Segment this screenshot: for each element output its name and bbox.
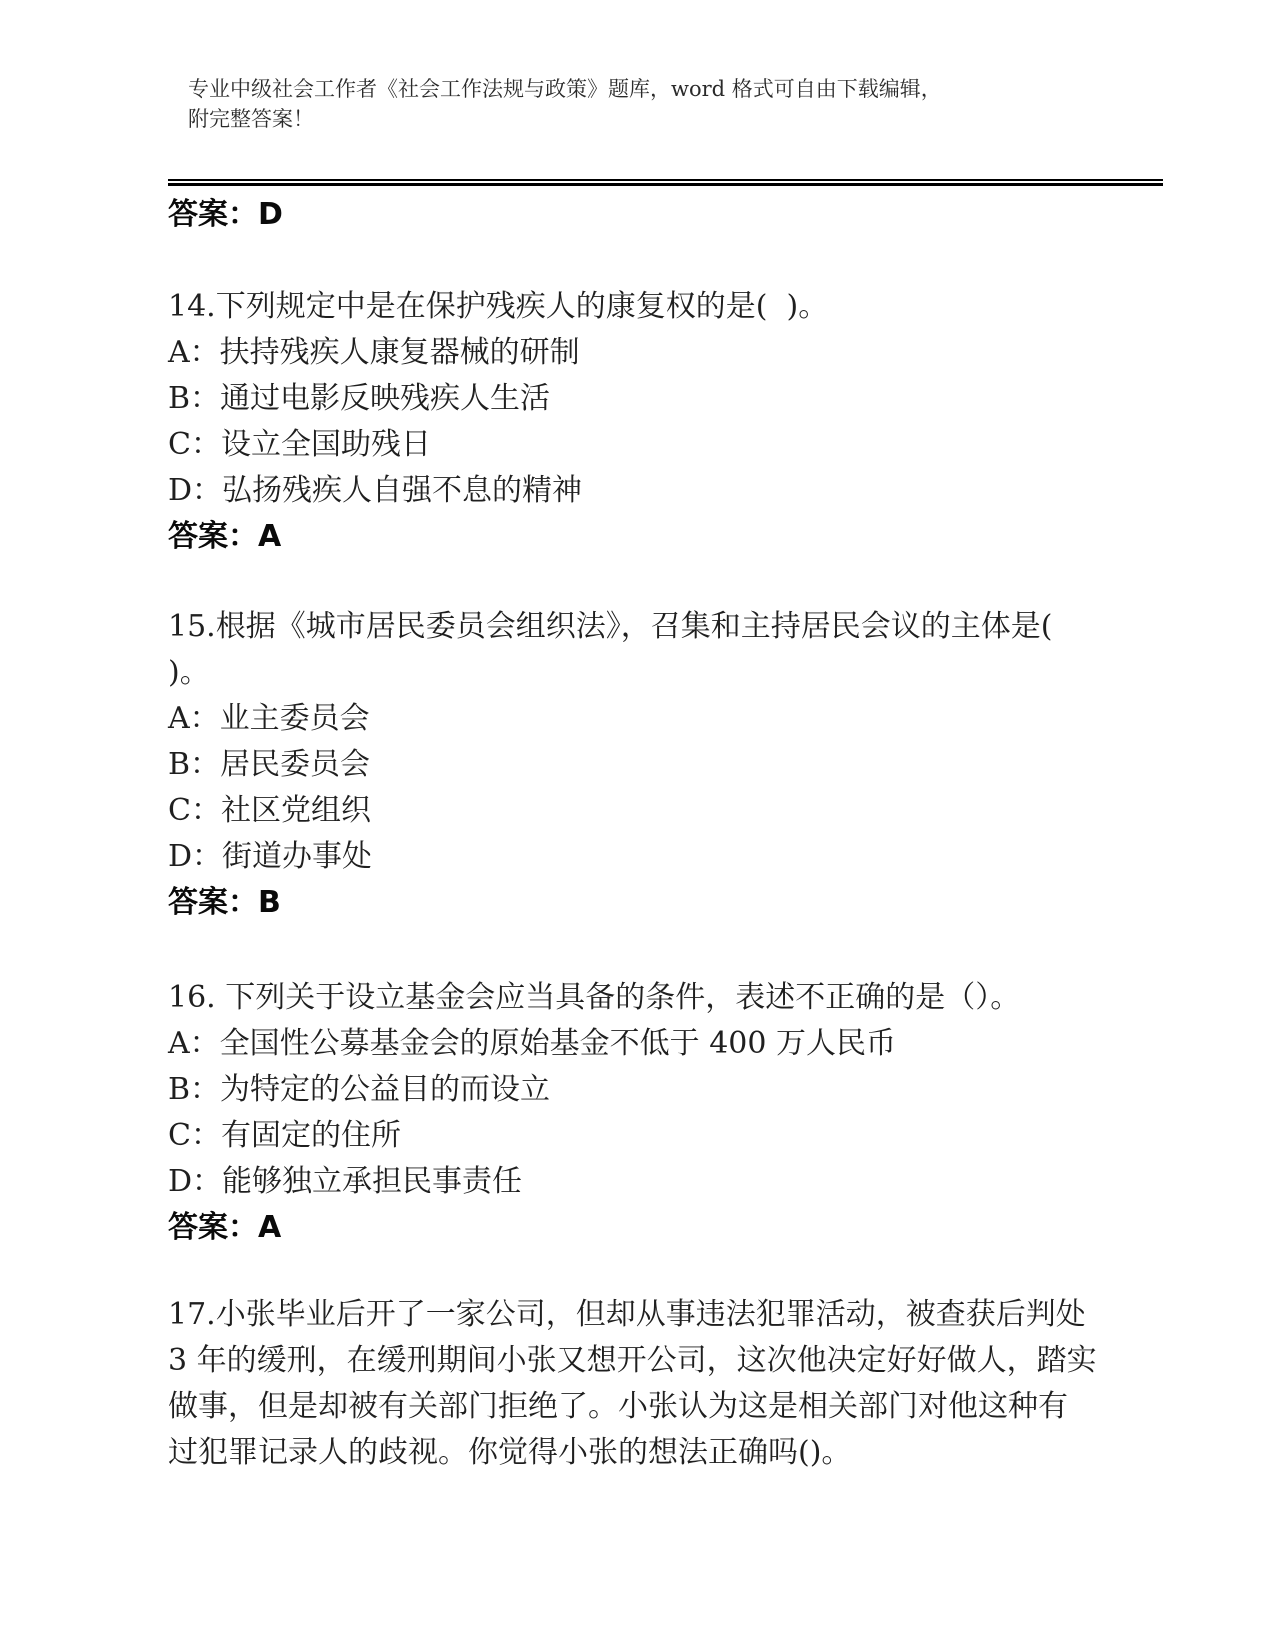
question-14-option-b: B：通过电影反映残疾人生活 (168, 376, 1208, 422)
question-14-stem: 14.下列规定中是在保护残疾人的康复权的是( )。 (168, 284, 1208, 330)
question-14: 14.下列规定中是在保护残疾人的康复权的是( )。 A：扶持残疾人康复器械的研制… (168, 284, 1208, 560)
document-page: 专业中级社会工作者《社会工作法规与政策》题库，word 格式可自由下载编辑， 附… (0, 0, 1275, 1650)
question-16-stem: 16. 下列关于设立基金会应当具备的条件，表述不正确的是（）。 (168, 975, 1208, 1021)
question-17-stem-line-1: 17.小张毕业后开了一家公司，但却从事违法犯罪活动，被查获后判处 (168, 1292, 1208, 1338)
question-15: 15.根据《城市居民委员会组织法》，召集和主持居民会议的主体是( )。 A：业主… (168, 604, 1208, 926)
question-15-option-d: D：街道办事处 (168, 834, 1208, 880)
question-16-option-b: B：为特定的公益目的而设立 (168, 1067, 1208, 1113)
question-15-answer: 答案：B (168, 880, 1208, 926)
question-16-option-d: D：能够独立承担民事责任 (168, 1159, 1208, 1205)
question-15-option-c: C：社区党组织 (168, 788, 1208, 834)
question-16-option-a: A：全国性公募基金会的原始基金不低于 400 万人民币 (168, 1021, 1208, 1067)
question-17-stem-line-3: 做事，但是却被有关部门拒绝了。小张认为这是相关部门对他这种有 (168, 1384, 1208, 1430)
question-17-stem-line-2: 3 年的缓刑，在缓刑期间小张又想开公司，这次他决定好好做人，踏实 (168, 1338, 1208, 1384)
question-14-option-d: D：弘扬残疾人自强不息的精神 (168, 468, 1208, 514)
question-15-stem-line-2: )。 (168, 650, 1208, 696)
header-line-2: 附完整答案！ (188, 104, 1138, 134)
header-line-1: 专业中级社会工作者《社会工作法规与政策》题库，word 格式可自由下载编辑， (188, 74, 1138, 104)
question-15-option-a: A：业主委员会 (168, 696, 1208, 742)
question-16-answer: 答案：A (168, 1205, 1208, 1251)
question-17-stem-line-4: 过犯罪记录人的歧视。你觉得小张的想法正确吗()。 (168, 1430, 1208, 1476)
question-15-option-b: B：居民委员会 (168, 742, 1208, 788)
question-17: 17.小张毕业后开了一家公司，但却从事违法犯罪活动，被查获后判处 3 年的缓刑，… (168, 1292, 1208, 1476)
question-14-option-c: C：设立全国助残日 (168, 422, 1208, 468)
question-16-option-c: C：有固定的住所 (168, 1113, 1208, 1159)
question-14-answer: 答案：A (168, 514, 1208, 560)
question-15-stem-line-1: 15.根据《城市居民委员会组织法》，召集和主持居民会议的主体是( (168, 604, 1208, 650)
question-14-option-a: A：扶持残疾人康复器械的研制 (168, 330, 1208, 376)
page-header: 专业中级社会工作者《社会工作法规与政策》题库，word 格式可自由下载编辑， 附… (188, 74, 1138, 134)
answer-line-previous: 答案：D (168, 192, 283, 238)
header-divider (168, 179, 1163, 186)
question-16: 16. 下列关于设立基金会应当具备的条件，表述不正确的是（）。 A：全国性公募基… (168, 975, 1208, 1251)
